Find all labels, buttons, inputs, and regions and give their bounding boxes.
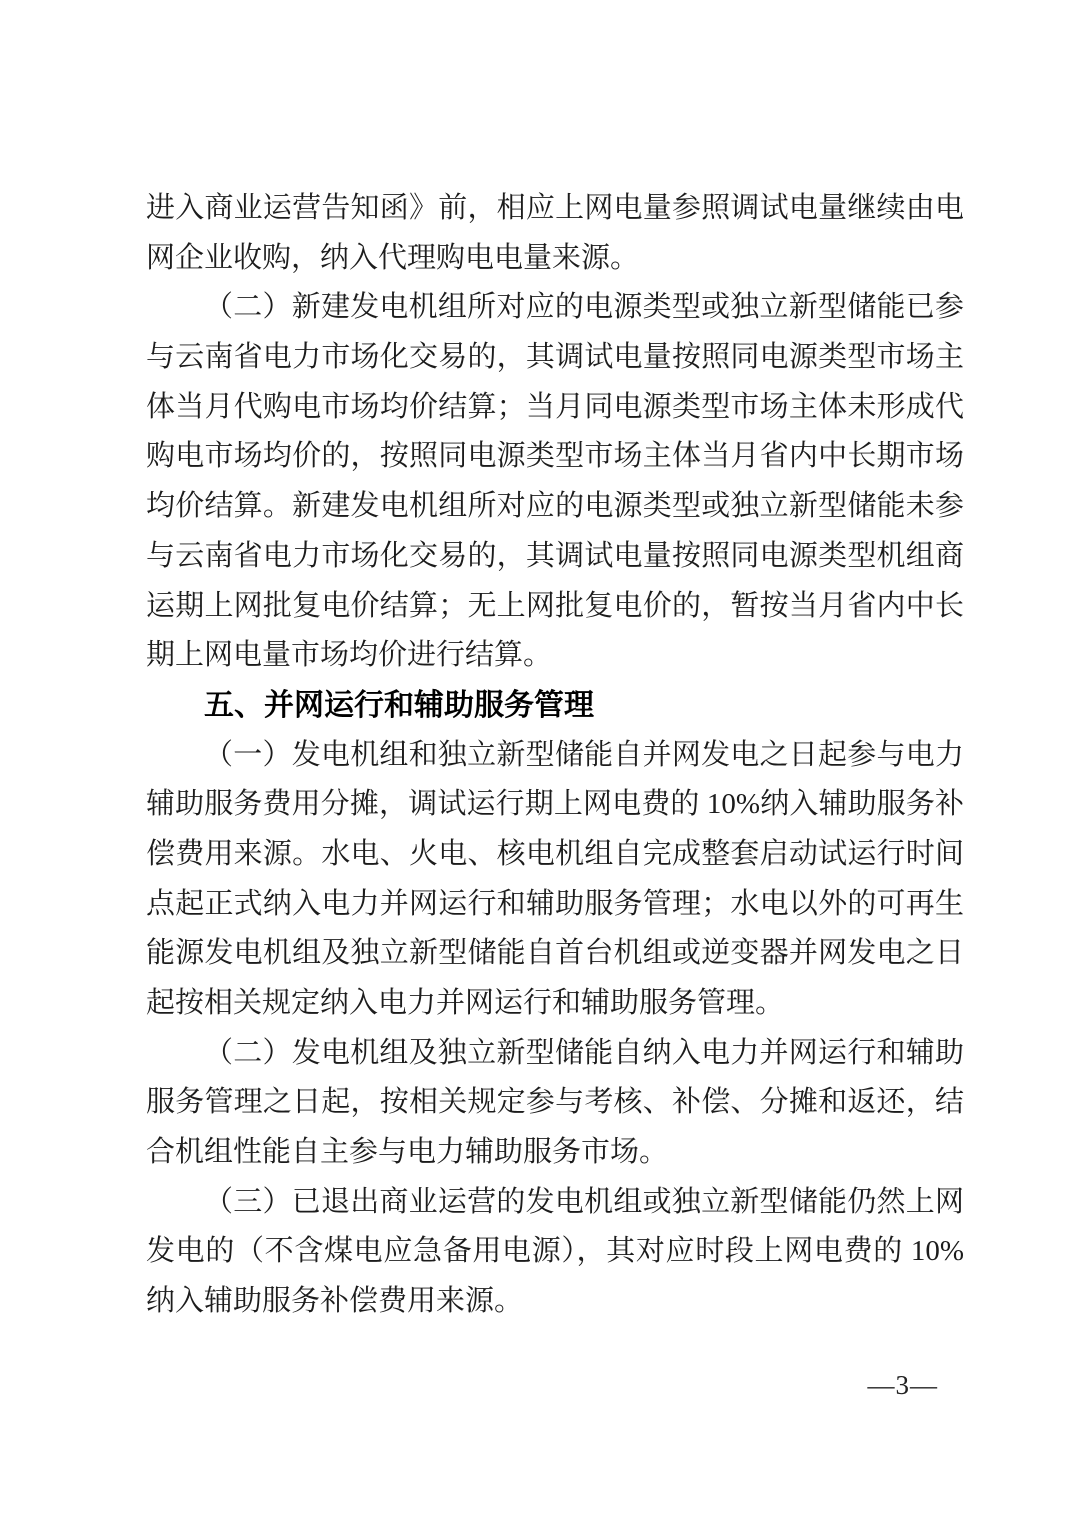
document-page: 进入商业运营告知函》前，相应上网电量参照调试电量继续由电网企业收购，纳入代理购电… [0, 0, 1080, 1528]
text-line: 与云南省电力市场化交易的，其调试电量按照同电源类型市场主 [146, 333, 964, 383]
text-line: （二）发电机组及独立新型储能自纳入电力并网运行和辅助 [146, 1029, 964, 1079]
text-line: 辅助服务费用分摊，调试运行期上网电费的 10%纳入辅助服务补 [146, 780, 964, 830]
text-line: 购电市场均价的，按照同电源类型市场主体当月省内中长期市场 [146, 432, 964, 482]
text-line: （二）新建发电机组所对应的电源类型或独立新型储能已参 [146, 283, 964, 333]
document-body: 进入商业运营告知函》前，相应上网电量参照调试电量继续由电网企业收购，纳入代理购电… [146, 184, 964, 1327]
text-line: 运期上网批复电价结算；无上网批复电价的，暂按当月省内中长 [146, 582, 964, 632]
text-line: 起按相关规定纳入电力并网运行和辅助服务管理。 [146, 979, 964, 1029]
text-line: 合机组性能自主参与电力辅助服务市场。 [146, 1128, 964, 1178]
text-line: 体当月代购电市场均价结算；当月同电源类型市场主体未形成代 [146, 383, 964, 433]
text-line: 期上网电量市场均价进行结算。 [146, 631, 964, 681]
text-line: 进入商业运营告知函》前，相应上网电量参照调试电量继续由电 [146, 184, 964, 234]
text-line: （三）已退出商业运营的发电机组或独立新型储能仍然上网 [146, 1178, 964, 1228]
text-line: 与云南省电力市场化交易的，其调试电量按照同电源类型机组商 [146, 532, 964, 582]
text-line: 均价结算。新建发电机组所对应的电源类型或独立新型储能未参 [146, 482, 964, 532]
text-line: 纳入辅助服务补偿费用来源。 [146, 1277, 964, 1327]
text-line: 网企业收购，纳入代理购电电量来源。 [146, 234, 964, 284]
page-number: —3— [868, 1370, 939, 1401]
text-line: 能源发电机组及独立新型储能自首台机组或逆变器并网发电之日 [146, 929, 964, 979]
text-line: 点起正式纳入电力并网运行和辅助服务管理；水电以外的可再生 [146, 880, 964, 930]
text-line: （一）发电机组和独立新型储能自并网发电之日起参与电力 [146, 731, 964, 781]
section-heading: 五、并网运行和辅助服务管理 [146, 681, 964, 731]
text-line: 服务管理之日起，按相关规定参与考核、补偿、分摊和返还，结 [146, 1078, 964, 1128]
text-line: 发电的（不含煤电应急备用电源），其对应时段上网电费的 10% [146, 1227, 964, 1277]
text-line: 偿费用来源。水电、火电、核电机组自完成整套启动试运行时间 [146, 830, 964, 880]
